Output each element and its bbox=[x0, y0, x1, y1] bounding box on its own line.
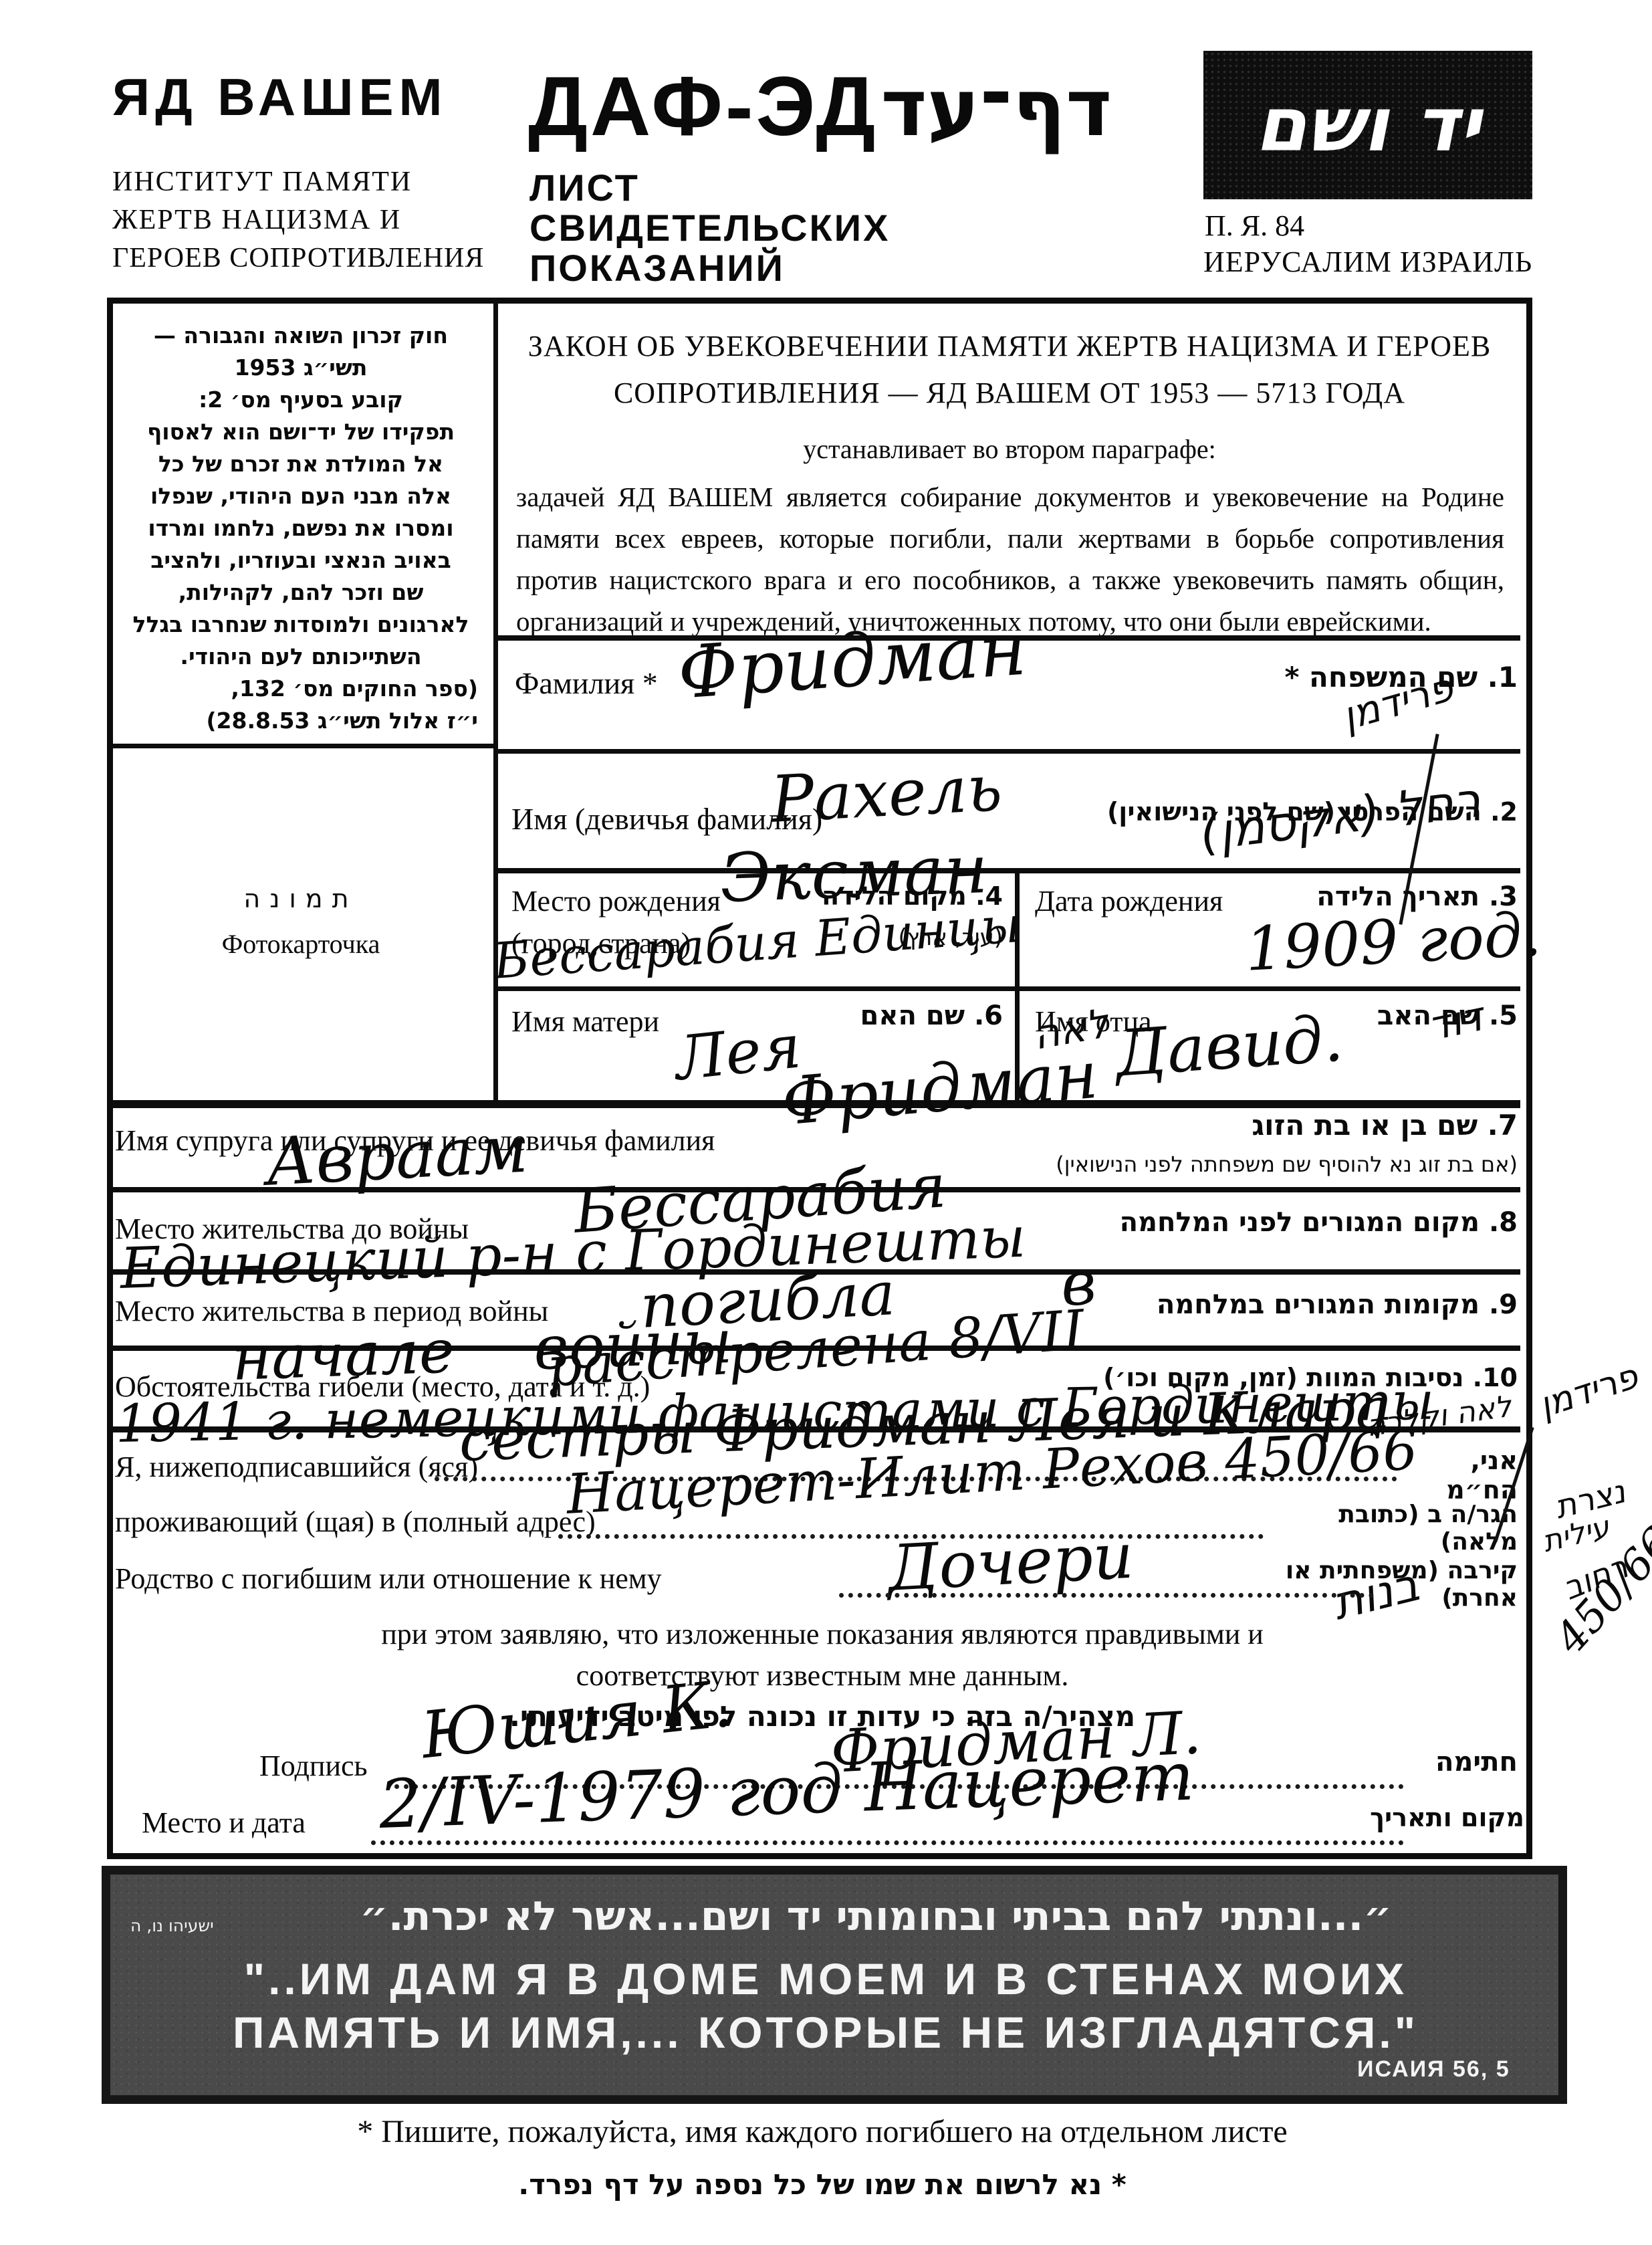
po-box: П. Я. 84 bbox=[1205, 209, 1304, 243]
row34-bottom-line bbox=[495, 986, 1520, 991]
yad-vashem-logo: יד ושם bbox=[1203, 51, 1532, 199]
relation-label-ru: Родство с погибшим или отношение к нему bbox=[115, 1562, 662, 1596]
margin-note-surname: פרידמן bbox=[1534, 1356, 1643, 1426]
mother-label-ru: Имя матери bbox=[511, 1004, 659, 1039]
law-line: חוק זכרון השואה והגבורה — bbox=[124, 320, 478, 352]
residence-during-label-he: 9. מקומות המגורים במלחמה bbox=[1150, 1289, 1518, 1320]
form-title-hebrew: דף־עד bbox=[880, 62, 1112, 154]
yad-vashem-logo-text: יד ושם bbox=[1255, 82, 1481, 169]
form-title: ДАФ-ЭД דף־עד bbox=[528, 59, 1112, 154]
declaration-line1: при этом заявляю, что изложенные показан… bbox=[254, 1617, 1391, 1651]
place-date-label-he: מקום ותאריך bbox=[1364, 1803, 1524, 1832]
law-line: השתייכותם לעם היהודי. bbox=[124, 641, 478, 673]
signature-label-he: חתימה bbox=[1411, 1747, 1518, 1778]
undersigned-label-ru: Я, нижеподписавшийся (яся) bbox=[115, 1450, 478, 1484]
law-line: תפקידו של יד־ושם הוא לאסוף bbox=[124, 416, 478, 448]
form-subtitle-line1: ЛИСТ bbox=[529, 166, 640, 209]
row1-bottom-line bbox=[495, 749, 1520, 754]
banner-hebrew-quote: ״...ונתתי להם בביתי ובחומותי יד ושם...אש… bbox=[231, 1893, 1521, 1940]
signature-label-ru: Подпись bbox=[259, 1749, 368, 1783]
law-line: באויב הנאצי ובעוזריו, ולהציב bbox=[124, 544, 478, 576]
place-date-label-ru: Место и дата bbox=[142, 1806, 306, 1840]
spouse-value-2: Авраам bbox=[264, 1111, 530, 1200]
footer-note-russian: * Пишите, пожалуйста, имя каждого погибш… bbox=[187, 2113, 1457, 2150]
relation-dotted-line bbox=[839, 1593, 1374, 1598]
place-date-dotted-line bbox=[371, 1840, 1404, 1845]
mother-label-he: 6. שם האם bbox=[849, 1000, 1003, 1031]
residing-label-he: הגר/ה ב (כתובת מלאה) bbox=[1270, 1501, 1518, 1556]
org-subtitle-line1: ИНСТИТУТ ПАМЯТИ bbox=[112, 166, 412, 198]
surname-label-ru: Фамилия * bbox=[515, 665, 658, 701]
banner-russian-line2: ПАМЯТЬ И ИМЯ,... КОТОРЫЕ НЕ ИЗГЛАДЯТСЯ." bbox=[137, 2007, 1514, 2058]
photo-label-hebrew: תמונה bbox=[167, 884, 435, 914]
law-sidebar-bottom-line bbox=[110, 744, 496, 748]
law-line: קובע בסעיף מס׳ 2: bbox=[124, 384, 478, 416]
law-line: י״ז אלול תשי״ג 28.8.53) bbox=[124, 705, 478, 737]
law-title-line2: СОПРОТИВЛЕНИЯ — ЯД ВАШЕМ ОТ 1953 — 5713 … bbox=[521, 376, 1498, 410]
law-line: אל המולדת את זכרם של כל bbox=[124, 448, 478, 480]
residing-label-ru: проживающий (щая) в (полный адрес) bbox=[115, 1505, 596, 1539]
law-title-line1: ЗАКОН ОБ УВЕКОВЕЧЕНИИ ПАМЯТИ ЖЕРТВ НАЦИЗ… bbox=[521, 329, 1498, 363]
banner-russian-line1: "..ИМ ДАМ Я В ДОМЕ МОЕМ И В СТЕНАХ МОИХ bbox=[137, 1953, 1514, 2004]
photo-label-russian: Фотокарточка bbox=[167, 928, 435, 960]
spouse-label-he: 7. שם בן או בת הזוג bbox=[1230, 1109, 1518, 1142]
form-subtitle-line3: ПОКАЗАНИЙ bbox=[529, 246, 785, 290]
row2-bottom-line bbox=[495, 868, 1520, 873]
law-line: תשי״ג 1953 bbox=[124, 352, 478, 384]
org-subtitle-line2: ЖЕРТВ НАЦИЗМА И bbox=[112, 204, 401, 236]
residence-before-label-he: 8. מקום המגורים לפני המלחמה bbox=[1116, 1207, 1518, 1238]
form-title-russian: ДАФ-ЭД bbox=[528, 60, 878, 153]
spouse-label-he2: (אם בת זוג נא להוסיף שם משפחתה לפני הניש… bbox=[989, 1152, 1518, 1177]
birthdate-label-ru: Дата рождения bbox=[1035, 884, 1223, 918]
firstname-value-1: Рахель bbox=[769, 750, 1004, 837]
org-subtitle-line3: ГЕРОЕВ СОПРОТИВЛЕНИЯ bbox=[112, 242, 484, 274]
birthplace-label-ru1: Место рождения bbox=[511, 884, 721, 918]
law-line: (ספר החוקים מס׳ 132, bbox=[124, 673, 478, 705]
law-line: לארגונים ולמוסדות שנחרבו בגלל bbox=[124, 609, 478, 641]
law-line: אלה מבני העם היהודי, שנפלו bbox=[124, 480, 478, 512]
form-subtitle-line2: СВИДЕТЕЛЬСКИХ bbox=[529, 206, 890, 249]
margin-note-city2: עילית bbox=[1539, 1510, 1613, 1560]
law-line: שם וזכר להם, לקהילות, bbox=[124, 576, 478, 609]
banner-russian-source: ИСАИЯ 56, 5 bbox=[1357, 2056, 1510, 2082]
undersigned-label-he: אני, הח״מ bbox=[1404, 1446, 1518, 1505]
footer-note-hebrew: * נא לרשום את שמו של כל נספה על דף נפרד. bbox=[187, 2168, 1457, 2201]
hebrew-law-text: חוק זכרון השואה והגבורה — תשי״ג 1953 קוב… bbox=[124, 320, 478, 737]
law-line: ומסרו את נפשם, נלחמו ומרדו bbox=[124, 512, 478, 544]
law-subtitle: устанавливает во втором параграфе: bbox=[521, 433, 1498, 465]
page-of-testimony: ЯД ВАШЕМ ИНСТИТУТ ПАМЯТИ ЖЕРТВ НАЦИЗМА И… bbox=[0, 0, 1652, 2245]
org-title-russian: ЯД ВАШЕМ bbox=[112, 67, 447, 128]
banner-hebrew-source: ישעיהו נו, ה bbox=[130, 1916, 237, 1935]
surname-label-he: 1. שם המשפחה * bbox=[1103, 661, 1518, 693]
declaration-line2: соответствуют известным мне данным. bbox=[254, 1659, 1391, 1693]
city-line: ИЕРУСАЛИМ ИЗРАИЛЬ bbox=[1203, 245, 1532, 279]
quote-banner: ״...ונתתי להם בביתי ובחומותי יד ושם...אש… bbox=[102, 1866, 1567, 2104]
